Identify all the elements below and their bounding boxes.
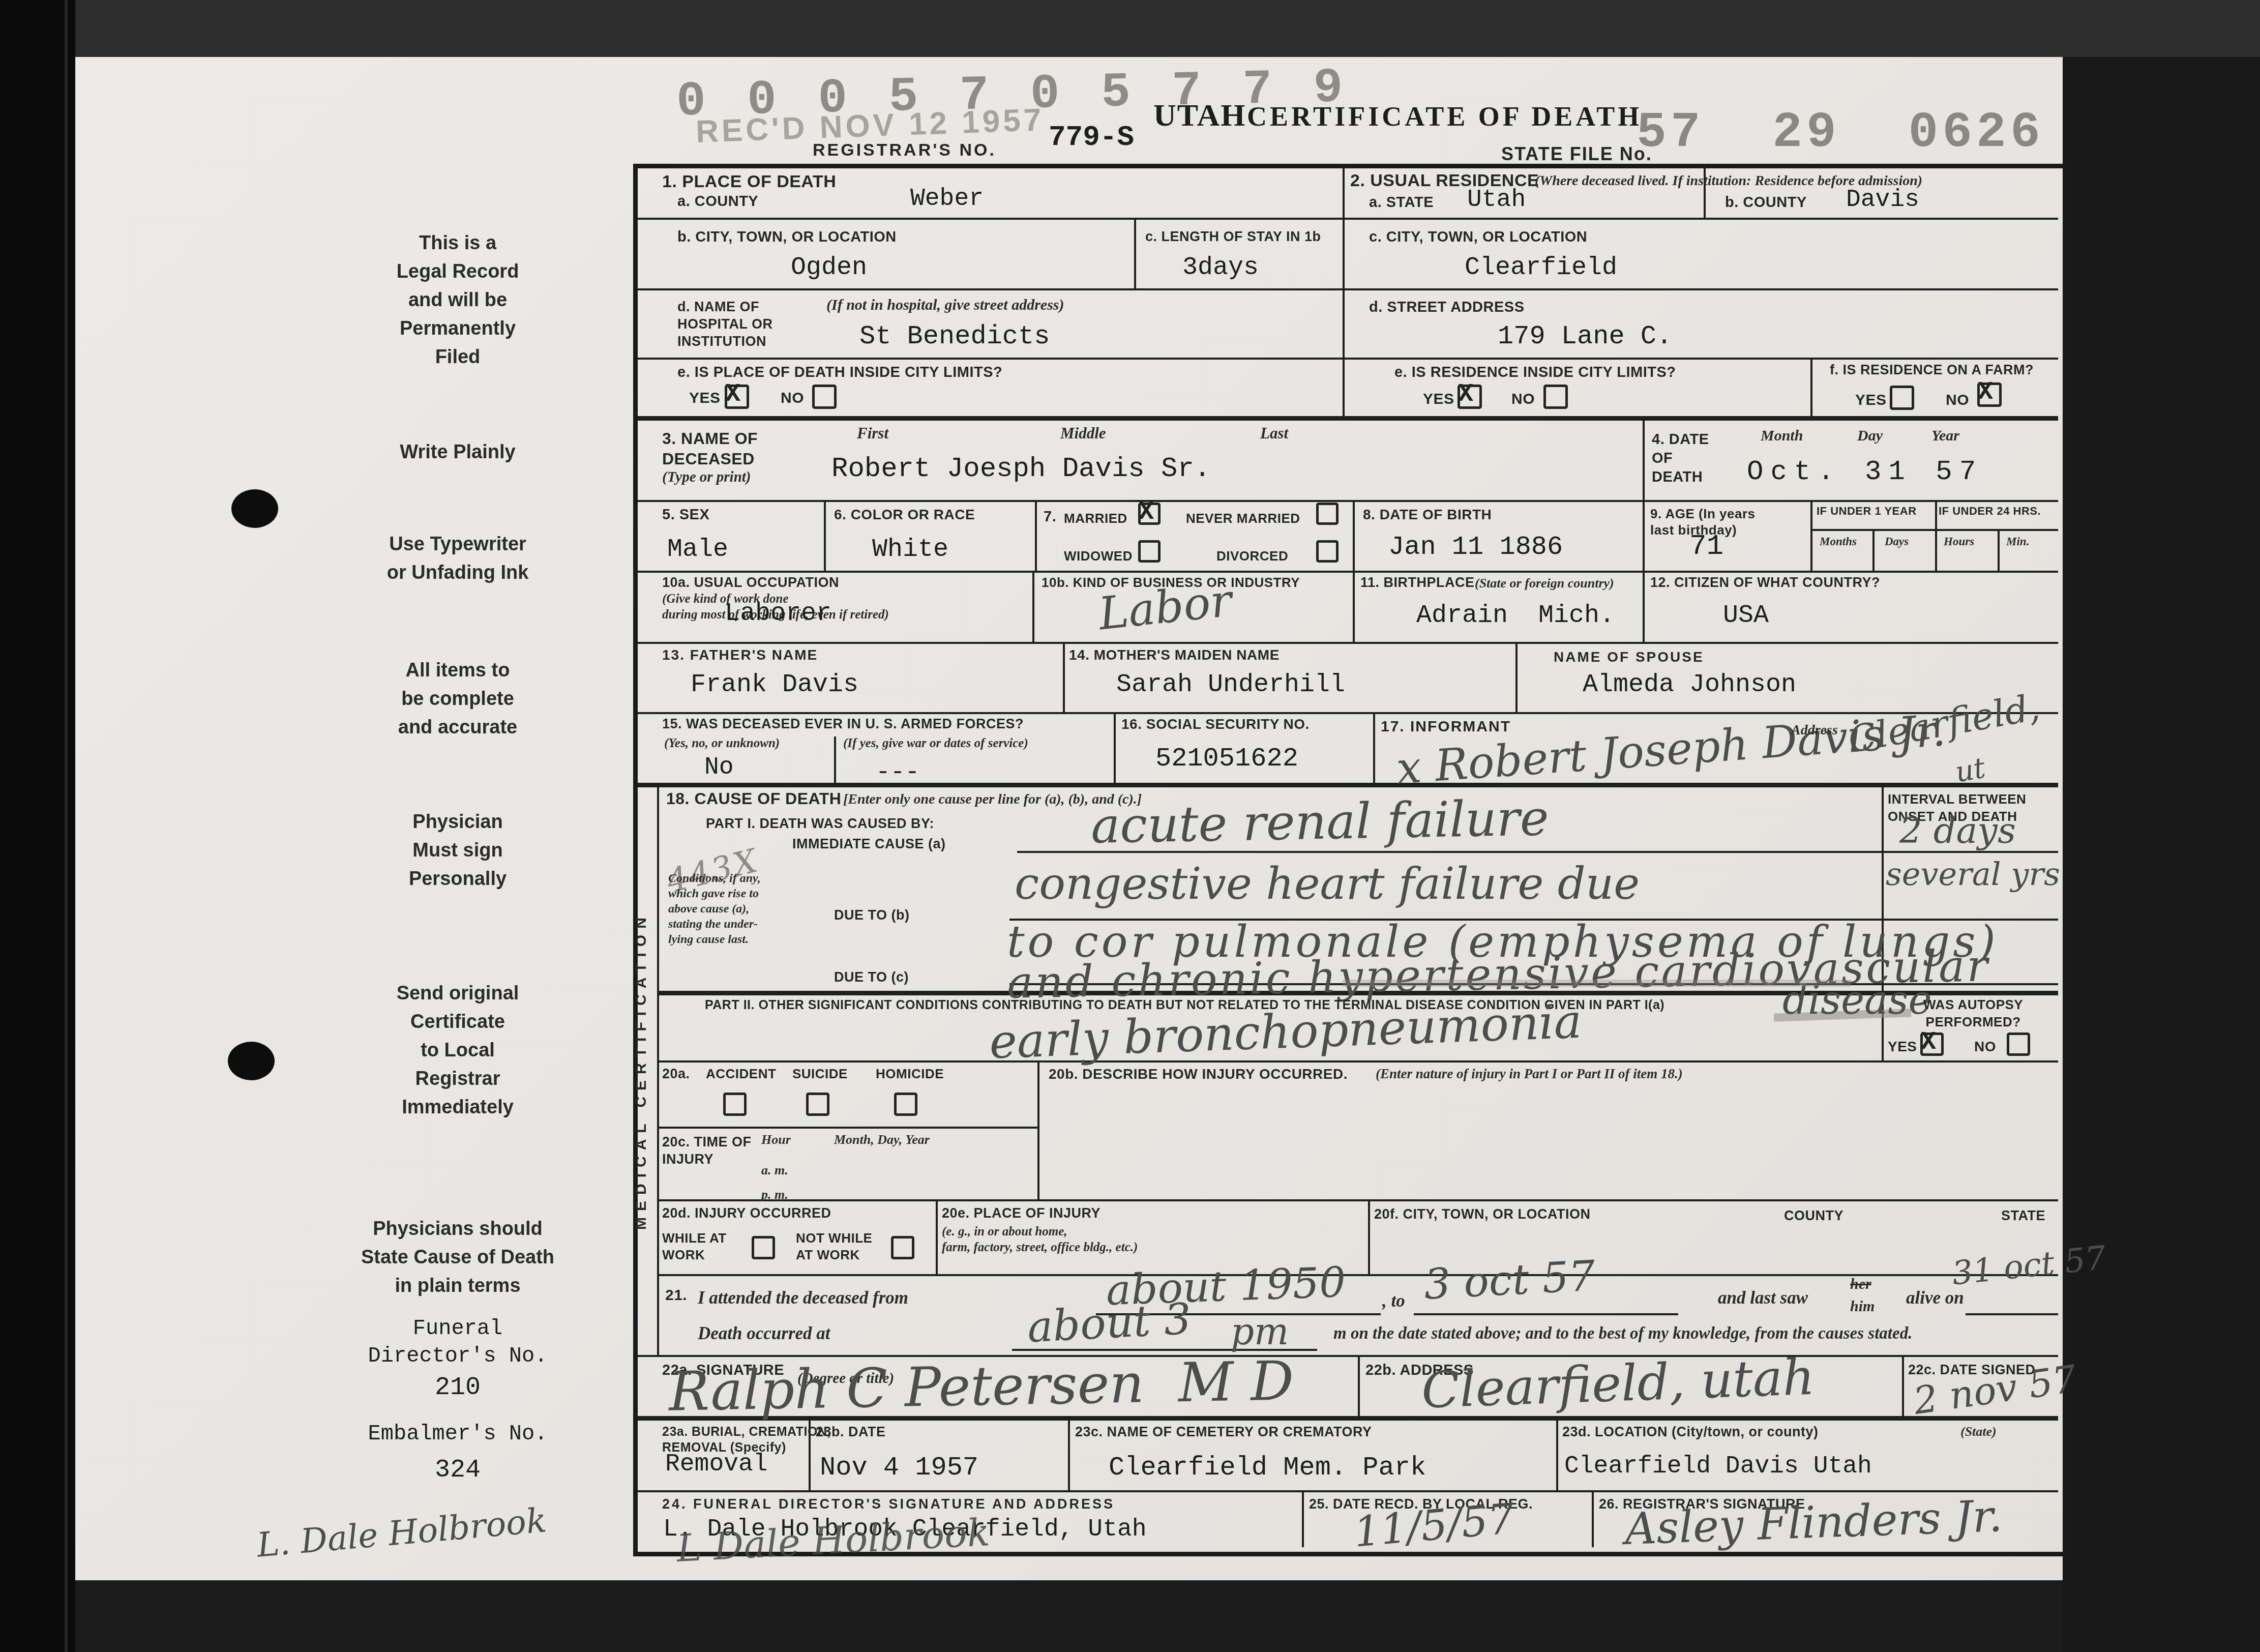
min-header: Min. bbox=[2006, 535, 2029, 548]
never-married-label: NEVER MARRIED bbox=[1186, 511, 1300, 526]
funeral-directors-no-label: Funeral Director's No. bbox=[285, 1315, 631, 1370]
pod-limits-yes-checkbox: X bbox=[725, 385, 749, 409]
dob-value: Jan 11 1886 bbox=[1388, 532, 1563, 562]
fill-rule bbox=[1966, 1313, 2058, 1315]
injury-20c-label: 20c. TIME OF INJURY bbox=[662, 1133, 752, 1168]
name-note: (Type or print) bbox=[662, 469, 751, 486]
year-header: Year bbox=[1931, 427, 1959, 445]
x-mark: X bbox=[1978, 378, 1993, 407]
month-day-year-label: Month, Day, Year bbox=[834, 1132, 930, 1147]
injury-county-header: COUNTY bbox=[1784, 1208, 1843, 1224]
grid-line bbox=[1810, 529, 2058, 531]
grid-line bbox=[1643, 571, 1645, 642]
death-time-handwriting: about 3 bbox=[1026, 1294, 1193, 1352]
margin-note-all-items: All items to be complete and accurate bbox=[285, 656, 631, 742]
attended-text3: and last saw bbox=[1718, 1288, 1808, 1308]
attended-text1: I attended the deceased from bbox=[698, 1288, 908, 1308]
hospital-label: d. NAME OF HOSPITAL OR INSTITUTION bbox=[677, 298, 773, 350]
injury-20f-label: 20f. CITY, TOWN, OR LOCATION bbox=[1374, 1206, 1591, 1222]
res-state-value: Utah bbox=[1467, 186, 1526, 214]
state-file-label: STATE FILE No. bbox=[1501, 143, 1652, 165]
pod-city-limits-label: e. IS PLACE OF DEATH INSIDE CITY LIMITS? bbox=[677, 364, 1002, 381]
embalmers-no-label: Embalmer's No. bbox=[285, 1422, 631, 1446]
accident-checkbox bbox=[723, 1093, 747, 1116]
cause-title: 18. CAUSE OF DEATH bbox=[666, 789, 841, 808]
if-under-1-year-label: IF UNDER 1 YEAR bbox=[1817, 505, 1917, 518]
registrar-no-value: 779-S bbox=[1049, 121, 1134, 154]
margin-note-write-plainly: Write Plainly bbox=[285, 441, 631, 463]
margin-note-use-typewriter: Use Typewriter or Unfading Ink bbox=[285, 530, 631, 587]
citizen-value: USA bbox=[1723, 601, 1769, 630]
grid-line bbox=[834, 736, 836, 785]
mother-label: 14. MOTHER'S MAIDEN NAME bbox=[1069, 647, 1280, 663]
res-farm-label: f. IS RESIDENCE ON A FARM? bbox=[1830, 362, 2034, 378]
armed-forces-note2: (If yes, give war or dates of service) bbox=[843, 736, 1028, 751]
autopsy-no-checkbox bbox=[2007, 1032, 2030, 1056]
grid-line bbox=[1810, 358, 1812, 418]
burial-location-label: 23d. LOCATION (City/town, or county) bbox=[1562, 1424, 1819, 1440]
grid-line bbox=[657, 1127, 1037, 1129]
grid-line bbox=[638, 416, 2058, 421]
grid-line bbox=[1935, 500, 1937, 571]
widowed-label: WIDOWED bbox=[1064, 548, 1133, 564]
mother-value: Sarah Underhill bbox=[1116, 670, 1345, 699]
injury-20e-note: (e. g., in or about home, farm, factory,… bbox=[942, 1224, 1138, 1255]
burial-location-value: Clearfield Davis Utah bbox=[1564, 1453, 1872, 1480]
film-edge-strip bbox=[0, 0, 75, 1652]
attended-number: 21. bbox=[665, 1287, 687, 1304]
grid-line bbox=[1515, 642, 1518, 712]
deceased-name-value: Robert Joesph Davis Sr. bbox=[831, 454, 1210, 485]
while-at-work-checkbox bbox=[752, 1236, 775, 1259]
grid-line bbox=[1134, 218, 1136, 288]
res-city-label: c. CITY, TOWN, OR LOCATION bbox=[1369, 229, 1587, 246]
injury-20a-number: 20a. bbox=[662, 1066, 690, 1082]
res-city-value: Clearfield bbox=[1465, 253, 1617, 282]
immediate-cause-label: IMMEDIATE CAUSE (a) bbox=[792, 836, 946, 852]
birthplace-label: 11. BIRTHPLACE bbox=[1360, 575, 1475, 591]
film-edge-line bbox=[65, 0, 68, 1652]
spouse-value: Almeda Johnson bbox=[1583, 670, 1796, 699]
res-limits-yes-label: YES bbox=[1423, 391, 1454, 408]
autopsy-yes-checkbox: X bbox=[1920, 1032, 1944, 1056]
not-while-at-work-checkbox bbox=[891, 1236, 914, 1259]
x-mark: X bbox=[1139, 498, 1154, 527]
length-of-stay-value: 3days bbox=[1182, 253, 1259, 282]
grid-line bbox=[1343, 164, 1345, 418]
birthplace-note: (State or foreign country) bbox=[1475, 576, 1614, 591]
homicide-checkbox bbox=[894, 1093, 917, 1116]
race-value: White bbox=[872, 535, 948, 564]
cemetery-value: Clearfield Mem. Park bbox=[1109, 1453, 1426, 1483]
place-of-death-title: 1. PLACE OF DEATH bbox=[662, 172, 836, 192]
res-street-value: 179 Lane C. bbox=[1498, 321, 1672, 351]
grid-line bbox=[824, 500, 826, 571]
informant-label: 17. INFORMANT bbox=[1381, 718, 1511, 735]
married-label: MARRIED bbox=[1064, 511, 1127, 526]
father-label: 13. FATHER'S NAME bbox=[662, 647, 818, 663]
grid-line bbox=[1592, 1490, 1594, 1547]
autopsy-no-label: NO bbox=[1974, 1039, 1996, 1055]
grid-line bbox=[1037, 1060, 1039, 1199]
pod-city-label: b. CITY, TOWN, OR LOCATION bbox=[677, 229, 897, 246]
grid-line bbox=[638, 288, 2058, 290]
sex-value: Male bbox=[667, 535, 728, 564]
due-to-b-label: DUE TO (b) bbox=[834, 907, 910, 923]
attended-text2: , to bbox=[1382, 1291, 1405, 1311]
suicide-label: SUICIDE bbox=[792, 1066, 848, 1082]
grid-line bbox=[1368, 1199, 1370, 1274]
grid-line bbox=[638, 571, 2058, 573]
grid-line bbox=[1373, 712, 1375, 785]
funeral-directors-no: 210 bbox=[285, 1373, 631, 1402]
grid-line bbox=[1353, 571, 1355, 642]
hours-header: Hours bbox=[1944, 535, 1974, 548]
father-value: Frank Davis bbox=[691, 670, 858, 699]
month-header: Month bbox=[1761, 427, 1803, 445]
injury-state-header: STATE bbox=[2001, 1208, 2045, 1224]
grid-line bbox=[657, 1274, 2058, 1276]
res-limits-label: e. IS RESIDENCE INSIDE CITY LIMITS? bbox=[1394, 364, 1676, 381]
marital-number: 7. bbox=[1044, 509, 1056, 525]
death-occurred-text: Death occurred at bbox=[698, 1323, 830, 1344]
immediate-cause-handwriting: acute renal failure bbox=[1090, 789, 1549, 854]
grid-line bbox=[936, 1199, 938, 1274]
grid-line bbox=[1872, 529, 1875, 571]
res-street-label: d. STREET ADDRESS bbox=[1369, 299, 1525, 316]
smudge-mark bbox=[1343, 980, 1851, 987]
due-to-b1-handwriting: congestive heart failure due bbox=[1015, 859, 1640, 909]
dob-label: 8. DATE OF BIRTH bbox=[1363, 507, 1492, 523]
grid-line bbox=[1902, 1357, 1904, 1418]
margin-note-physician-sign: Physician Must sign Personally bbox=[285, 808, 631, 893]
grid-line bbox=[638, 1355, 2058, 1357]
age-value: 71 bbox=[1689, 530, 1723, 563]
burial-date-value: Nov 4 1957 bbox=[820, 1453, 978, 1483]
scan-right-band bbox=[2063, 57, 2260, 1652]
injury-20b-label: 20b. DESCRIBE HOW INJURY OCCURRED. bbox=[1049, 1066, 1348, 1082]
citizen-label: 12. CITIZEN OF WHAT COUNTRY? bbox=[1650, 575, 1880, 591]
grid-line bbox=[657, 1060, 2058, 1063]
res-limits-no-label: NO bbox=[1511, 391, 1535, 408]
grid-line bbox=[1035, 500, 1037, 571]
grid-line bbox=[1556, 1418, 1558, 1490]
injury-20d-label: 20d. INJURY OCCURRED bbox=[662, 1205, 831, 1221]
fill-rule bbox=[1414, 1313, 1678, 1315]
while-at-work-label: WHILE AT WORK bbox=[662, 1230, 727, 1263]
physician-signature-handwriting: Ralph C Petersen M D bbox=[668, 1349, 1294, 1423]
days-header: Days bbox=[1885, 535, 1909, 548]
grid-line bbox=[638, 358, 2058, 360]
attended-text6: m on the date stated above; and to the b… bbox=[1333, 1324, 1912, 1343]
grid-line bbox=[1704, 164, 1706, 218]
race-label: 6. COLOR OR RACE bbox=[834, 507, 975, 523]
ssn-value: 521051622 bbox=[1155, 744, 1298, 774]
informant-address2-handwriting: ut bbox=[1953, 751, 1988, 789]
conditions-note: Conditions, if any, which gave rise to a… bbox=[668, 871, 761, 947]
farm-no-label: NO bbox=[1946, 392, 1969, 409]
pod-limits-no-label: NO bbox=[781, 390, 804, 407]
hospital-note: (If not in hospital, give street address… bbox=[826, 297, 1064, 314]
burial-state-note: (State) bbox=[1960, 1424, 1997, 1439]
grid-line bbox=[1353, 500, 1355, 571]
last-header: Last bbox=[1260, 424, 1288, 442]
armed-forces-answer: No bbox=[704, 754, 734, 781]
grid-line bbox=[1998, 529, 2000, 571]
due-to-c-label: DUE TO (c) bbox=[834, 969, 909, 985]
grid-line bbox=[1643, 418, 1645, 500]
length-of-stay-label: c. LENGTH OF STAY IN 1b bbox=[1145, 229, 1321, 245]
pod-county-label: a. COUNTY bbox=[677, 193, 758, 210]
burial-value: Removal bbox=[665, 1451, 768, 1478]
pod-limits-no-checkbox bbox=[812, 385, 837, 409]
grid-line bbox=[638, 218, 2058, 220]
armed-forces-label: 15. WAS DECEASED EVER IN U. S. ARMED FOR… bbox=[662, 716, 1024, 732]
pod-city-value: Ogden bbox=[791, 253, 867, 282]
farm-yes-checkbox bbox=[1890, 386, 1914, 410]
grid-line bbox=[1114, 712, 1116, 785]
informant-address-label: Address bbox=[1791, 722, 1838, 739]
grid-line bbox=[638, 1490, 2058, 1492]
grid-line bbox=[1358, 1357, 1360, 1418]
injury-20b-note: (Enter nature of injury in Part I or Par… bbox=[1376, 1066, 1683, 1082]
margin-note-plain-terms: Physicians should State Cause of Death i… bbox=[270, 1215, 646, 1300]
farm-yes-label: YES bbox=[1855, 392, 1887, 409]
ssn-label: 16. SOCIAL SECURITY NO. bbox=[1121, 716, 1310, 732]
divorced-label: DIVORCED bbox=[1216, 548, 1288, 564]
grid-line bbox=[1068, 1418, 1070, 1490]
middle-header: Middle bbox=[1060, 424, 1106, 442]
if-under-24-hrs-label: IF UNDER 24 HRS. bbox=[1939, 505, 2041, 518]
res-limits-yes-checkbox: X bbox=[1458, 385, 1482, 409]
interval-b-handwriting: several yrs bbox=[1886, 855, 2060, 893]
res-limits-no-checkbox bbox=[1543, 385, 1568, 409]
birthplace-value: Adrain Mich. bbox=[1416, 601, 1615, 630]
death-certificate-scan: This is a Legal Record and will be Perma… bbox=[0, 0, 2260, 1652]
x-mark: X bbox=[1458, 380, 1473, 409]
registrar-no-label: REGISTRAR'S NO. bbox=[813, 140, 996, 160]
first-header: First bbox=[857, 424, 888, 442]
widowed-checkbox bbox=[1138, 540, 1161, 563]
him-label: him bbox=[1850, 1298, 1875, 1315]
state-name: UTAH bbox=[1153, 98, 1246, 134]
res-state-label: a. STATE bbox=[1369, 194, 1434, 211]
margin-note-send-original: Send original Certificate to Local Regis… bbox=[285, 979, 631, 1122]
scan-top-band bbox=[75, 0, 2260, 57]
armed-forces-dates: --- bbox=[876, 759, 919, 786]
grid-line bbox=[638, 783, 2058, 787]
scan-bottom-band bbox=[75, 1580, 2063, 1652]
cemetery-label: 23c. NAME OF CEMETERY OR CREMATORY bbox=[1075, 1424, 1372, 1440]
am-label: a. m. bbox=[761, 1163, 788, 1178]
grid-line bbox=[657, 1199, 2058, 1201]
res-county-value: Davis bbox=[1846, 186, 1919, 214]
margin-note-legal-record: This is a Legal Record and will be Perma… bbox=[285, 229, 631, 371]
not-while-at-work-label: NOT WHILE AT WORK bbox=[796, 1230, 872, 1263]
sex-label: 5. SEX bbox=[662, 507, 709, 523]
death-ampm-handwriting: pm bbox=[1231, 1310, 1289, 1353]
autopsy-label: WAS AUTOPSY PERFORMED? bbox=[1923, 996, 2023, 1030]
farm-no-checkbox: X bbox=[1977, 382, 2002, 407]
embalmers-no: 324 bbox=[285, 1456, 631, 1485]
spouse-label: NAME OF SPOUSE bbox=[1554, 649, 1704, 665]
grid-line bbox=[1643, 500, 1645, 571]
funeral-director-label: 24. FUNERAL DIRECTOR'S SIGNATURE AND ADD… bbox=[662, 1496, 1115, 1512]
homicide-label: HOMICIDE bbox=[876, 1066, 944, 1082]
res-county-label: b. COUNTY bbox=[1725, 194, 1807, 211]
name-of-deceased-label: 3. NAME OF DECEASED bbox=[662, 428, 758, 469]
married-checkbox: X bbox=[1138, 503, 1161, 525]
date-of-death-label: 4. DATE OF DEATH bbox=[1652, 430, 1709, 487]
date-of-death-value: Oct. 31 57 bbox=[1747, 457, 1983, 488]
day-header: Day bbox=[1857, 427, 1883, 445]
autopsy-yes-label: YES bbox=[1888, 1039, 1917, 1055]
pod-limits-yes-label: YES bbox=[689, 390, 721, 407]
punch-hole bbox=[228, 1042, 275, 1080]
state-file-number-stamp: 57 29 0626 bbox=[1637, 105, 2044, 161]
grid-line bbox=[1063, 642, 1065, 712]
grid-line bbox=[638, 500, 2058, 502]
grid-line bbox=[638, 642, 2058, 644]
divorced-checkbox bbox=[1316, 540, 1339, 563]
hour-label: Hour bbox=[761, 1132, 791, 1147]
attended-to-handwriting: 3 oct 57 bbox=[1423, 1252, 1596, 1309]
grid-line bbox=[1302, 1490, 1304, 1547]
certificate-title: CERTIFICATE OF DEATH bbox=[1247, 101, 1642, 132]
punch-hole bbox=[231, 489, 278, 528]
occupation-label: 10a. USUAL OCCUPATION bbox=[662, 575, 839, 591]
grid-line bbox=[1810, 500, 1812, 571]
occupation-value: Laborer bbox=[725, 599, 831, 628]
hospital-value: St Benedicts bbox=[859, 321, 1050, 351]
medical-certification-vertical-label: MEDICAL CERTIFICATION bbox=[633, 785, 657, 1357]
part1-label: PART I. DEATH WAS CAUSED BY: bbox=[706, 816, 934, 832]
grid-line bbox=[1032, 571, 1034, 642]
pod-county-value: Weber bbox=[910, 185, 984, 213]
armed-forces-note1: (Yes, no, or unknown) bbox=[664, 736, 780, 751]
injury-20e-label: 20e. PLACE OF INJURY bbox=[942, 1205, 1101, 1221]
pm-label: p. m. bbox=[761, 1187, 788, 1202]
interval-a-handwriting: 2 days bbox=[1899, 810, 2016, 851]
x-mark: X bbox=[725, 380, 740, 409]
suicide-checkbox bbox=[806, 1093, 829, 1116]
never-married-checkbox bbox=[1316, 503, 1339, 525]
accident-label: ACCIDENT bbox=[706, 1066, 776, 1082]
burial-date-label: 23b. DATE bbox=[816, 1424, 886, 1440]
her-struck-label: her bbox=[1850, 1276, 1871, 1293]
months-header: Months bbox=[1820, 535, 1857, 548]
grid-line bbox=[657, 785, 659, 1357]
x-mark: X bbox=[1921, 1028, 1936, 1057]
